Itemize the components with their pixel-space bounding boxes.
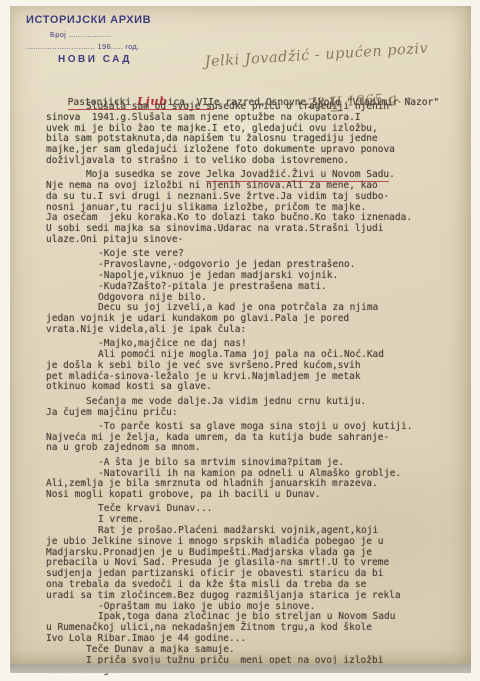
stamp-number-line: Број .................. [26,30,196,39]
stamp-archive-name: ИСТОРИЈСКИ АРХИВ [26,14,196,26]
paper-bottom-edge [10,664,471,673]
stamp-city: НОВИ САД [26,54,196,65]
document-body: Slušala sam od svoje susedke priču o tra… [46,102,470,677]
body-line: vrata.Nije videla,ali je ipak čula: [46,325,470,336]
body-line: otkinuo komad kosti sa glave. [46,382,470,393]
stamp-year-line: ............................. 196..... г… [26,42,196,51]
body-line: doživljavala to strašno i to veliko doba… [46,156,470,167]
body-line: Nosi mogli kopati grobove, pa ih bacili … [46,490,470,501]
archive-stamp: ИСТОРИЈСКИ АРХИВ Број ..................… [26,14,196,65]
annotation-recipient: Jelki Jovadžić - upućen poziv [204,38,474,70]
document-paper: ИСТОРИЈСКИ АРХИВ Број ..................… [10,6,471,664]
body-line: ulaze.Oni pitaju sinove- [46,235,470,246]
scanned-document-photo: ИСТОРИЈСКИ АРХИВ Број ..................… [0,0,480,681]
body-line: Ja čujem majčinu priču: [46,408,470,419]
body-line: na u grob zajednom sa mnom. [46,443,470,454]
